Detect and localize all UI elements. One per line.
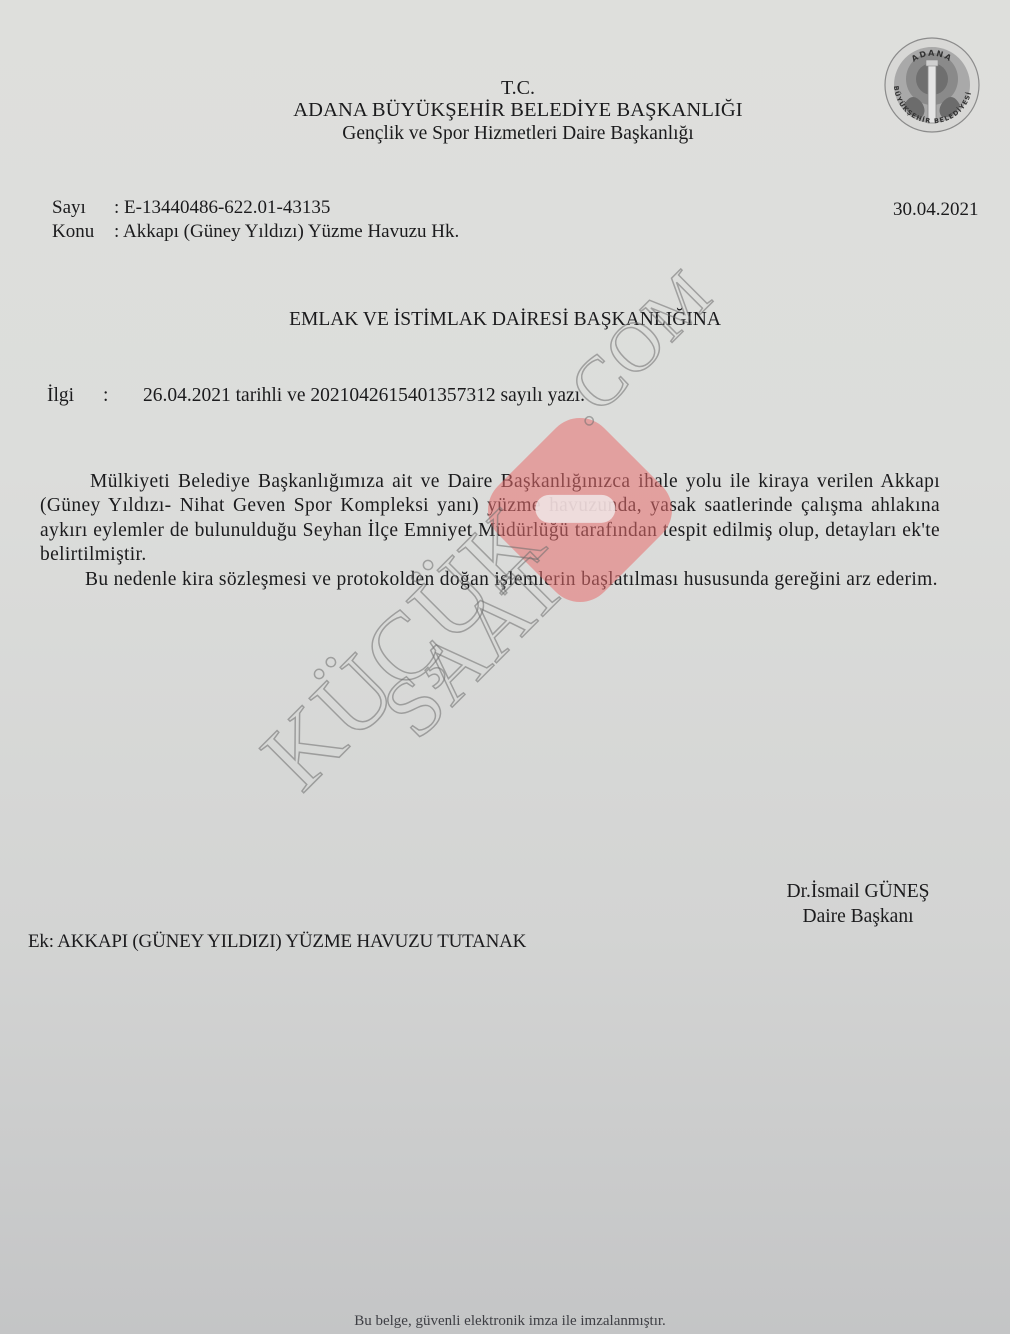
header-department: Gençlik ve Spor Hizmetleri Daire Başkanl…	[0, 123, 1010, 145]
reference-label: İlgi	[47, 385, 103, 407]
logo-pill-shape	[535, 495, 615, 523]
reference-colon: :	[103, 385, 143, 407]
signatory-name: Dr.İsmail GÜNEŞ	[760, 879, 956, 904]
reference-text: 26.04.2021 tarihli ve 202104261540135731…	[143, 385, 585, 406]
document-date: 30.04.2021	[893, 199, 979, 221]
subject-label: Konu	[52, 221, 114, 243]
addressee: EMLAK VE İSTİMLAK DAİRESİ BAŞKANLIĞINA	[0, 309, 1010, 331]
watermark-text: .COM	[541, 255, 728, 442]
subject-value: : Akkapı (Güney Yıldızı) Yüzme Havuzu Hk…	[114, 221, 459, 242]
document-number-value: : E-13440486-622.01-43135	[114, 197, 330, 218]
header-country: T.C.	[0, 77, 1010, 100]
signatory-title: Daire Başkanı	[760, 904, 956, 929]
reference-row: İlgi:26.04.2021 tarihli ve 2021042615401…	[47, 385, 585, 407]
subject-row: Konu: Akkapı (Güney Yıldızı) Yüzme Havuz…	[52, 221, 459, 243]
attachment-note: Ek: AKKAPI (GÜNEY YILDIZI) YÜZME HAVUZU …	[28, 931, 526, 953]
signature-block: Dr.İsmail GÜNEŞ Daire Başkanı	[760, 879, 956, 929]
adana-municipality-seal-icon: ADANA BÜYÜKŞEHİR BELEDİYESİ	[882, 35, 982, 135]
e-signature-footer: Bu belge, güvenli elektronik imza ile im…	[0, 1313, 1010, 1330]
document-number-label: Sayı	[52, 197, 114, 219]
document-number-row: Sayı: E-13440486-622.01-43135	[52, 197, 330, 219]
header-organization: ADANA BÜYÜKŞEHİR BELEDİYE BAŞKANLIĞI	[0, 99, 1010, 122]
